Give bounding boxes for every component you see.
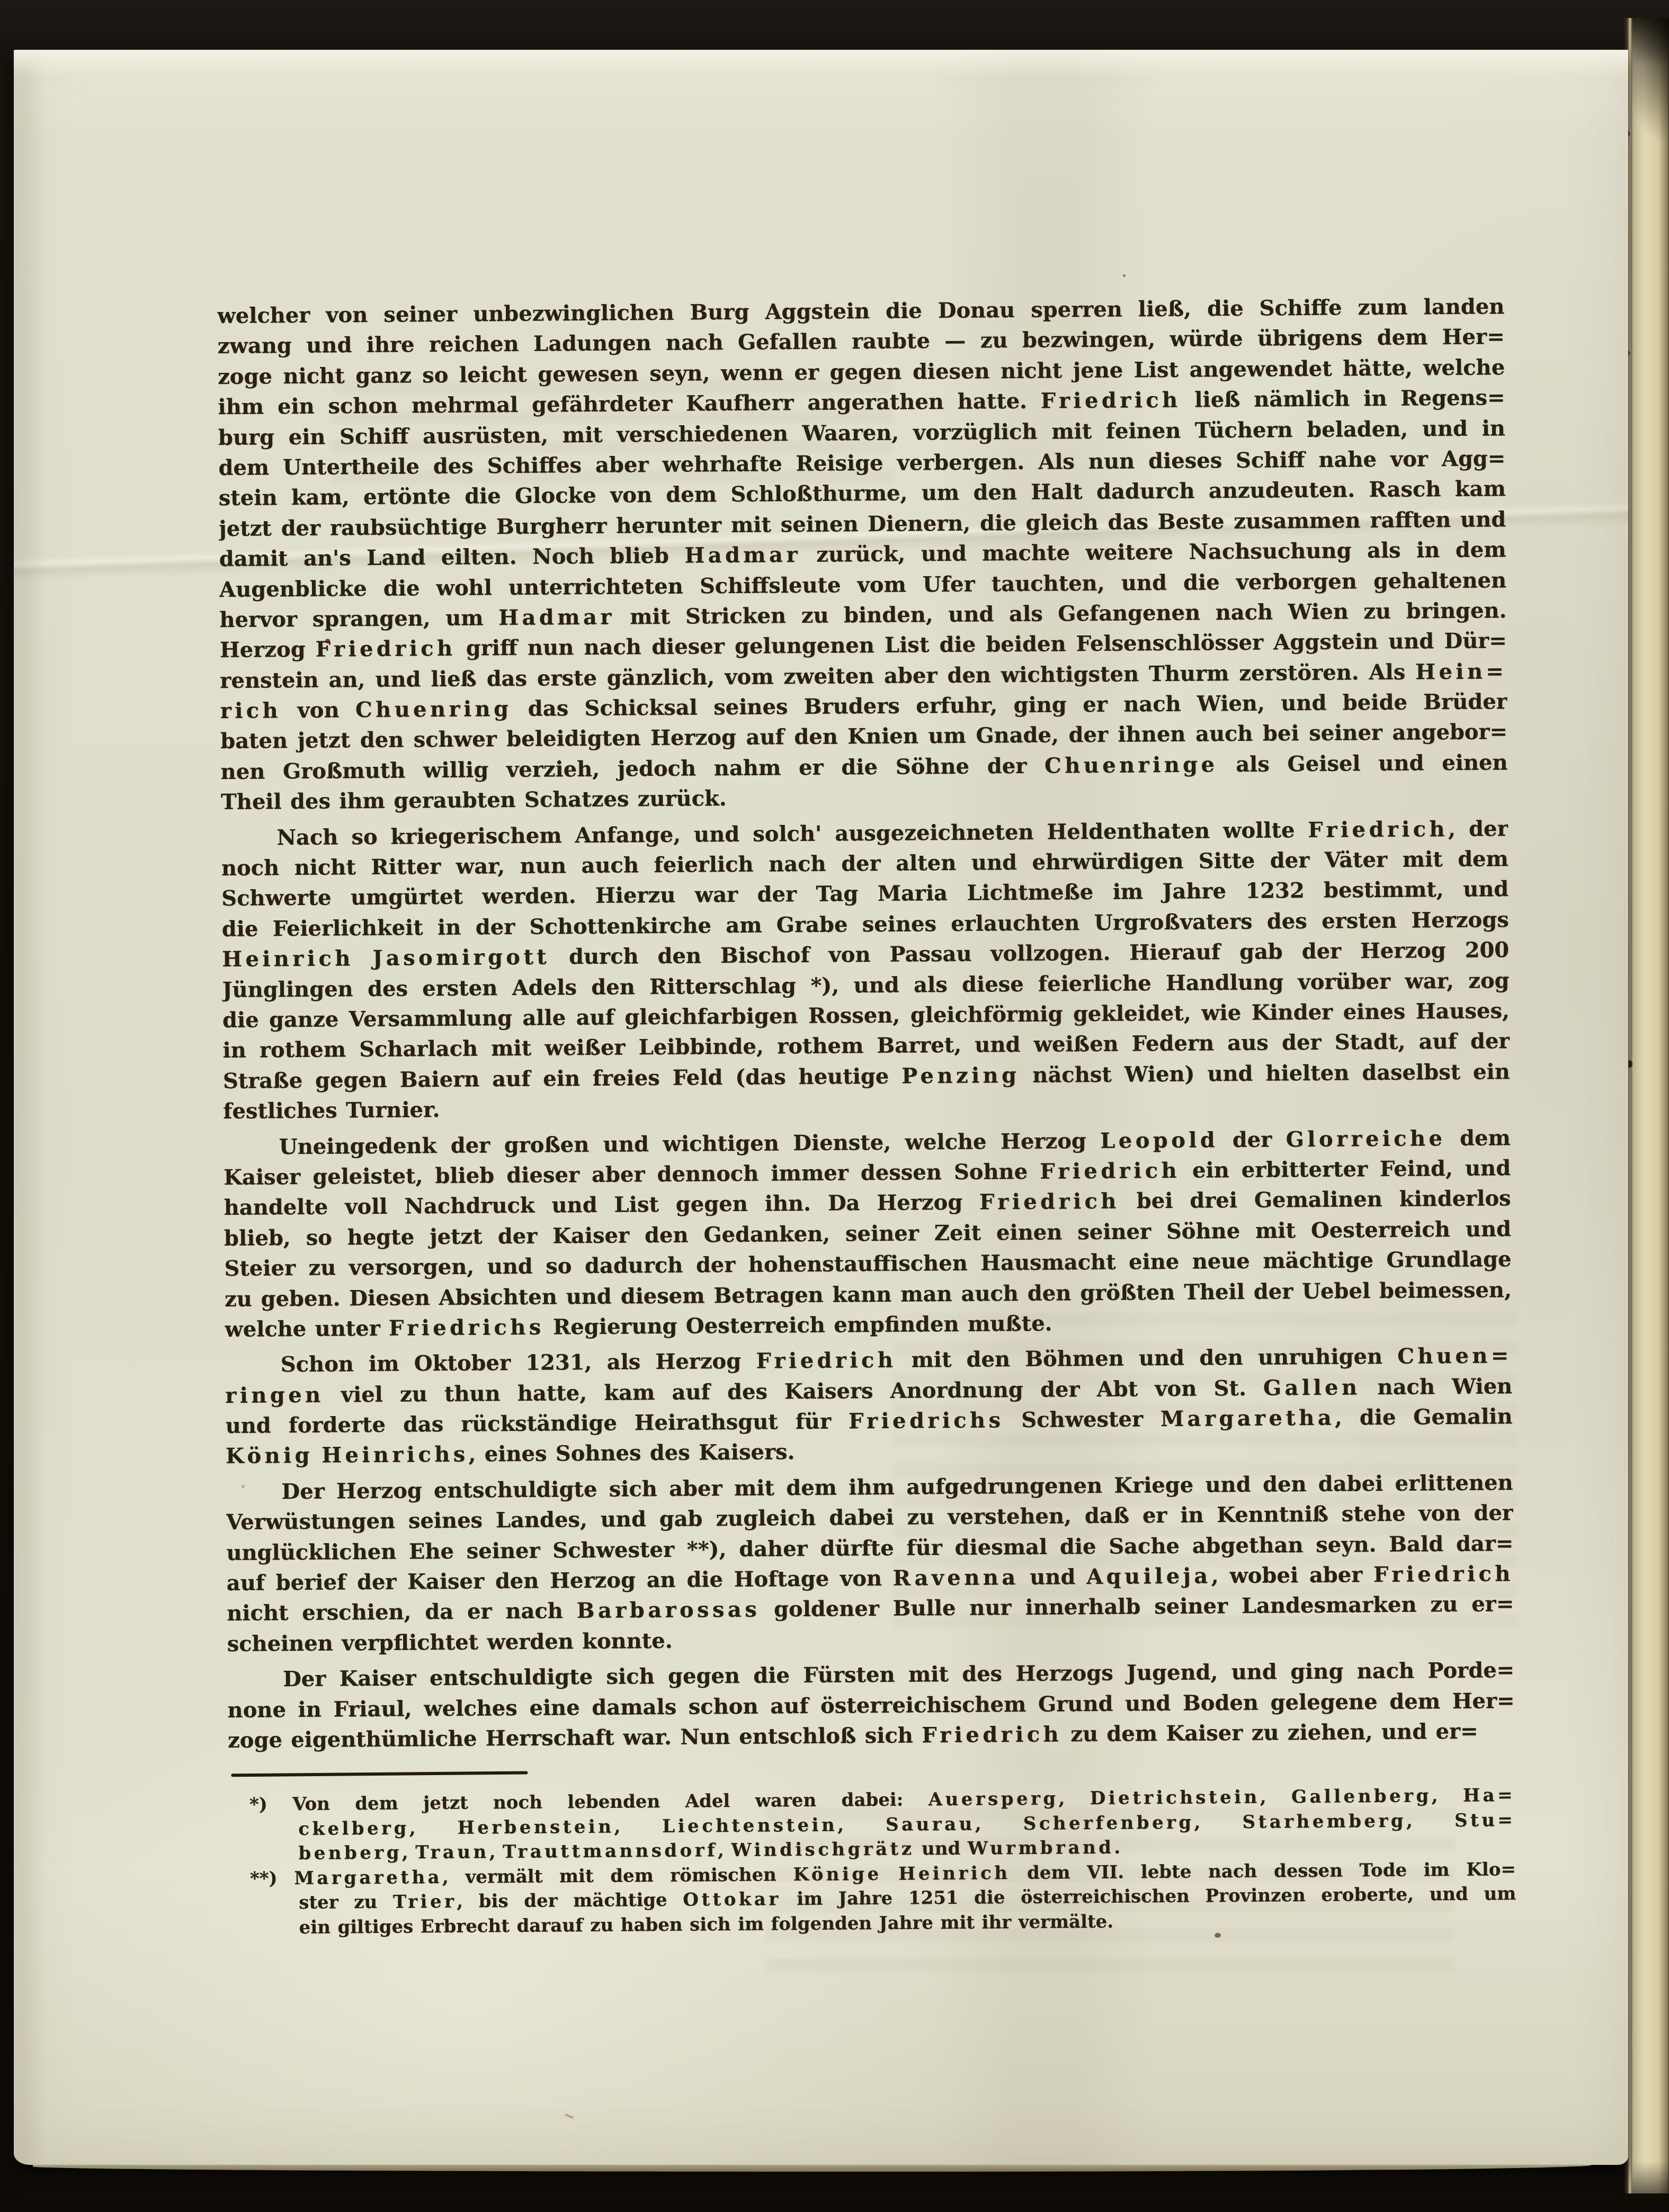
spaced-name: Aquileja (1086, 1563, 1211, 1589)
spaced-name: Liechtenstein (662, 1814, 837, 1837)
paper-stain (1123, 274, 1126, 277)
spaced-name: Jasomirgott (372, 945, 550, 971)
adjacent-page-edge (1631, 18, 1669, 2193)
content: welcher von seiner unbezwinglichen Burg … (217, 291, 1516, 1940)
spaced-name: König (226, 1443, 313, 1468)
spaced-name: Auersperg (928, 1788, 1058, 1811)
paragraph: Schon im Oktober 1231, als Herzog Friedr… (225, 1340, 1513, 1471)
spaced-name: Friedrichs (389, 1314, 545, 1340)
spaced-name: Windischgrätz (731, 1839, 914, 1861)
spaced-name: Friedrich (756, 1348, 896, 1374)
spaced-name: Starhemberg (1242, 1810, 1406, 1832)
spaced-name: Penzing (902, 1063, 1020, 1089)
spaced-name: Trier (393, 1891, 457, 1913)
paper-fiber (565, 2114, 574, 2119)
paper-stain (1215, 1933, 1221, 1938)
spaced-name: Margaretha (294, 1867, 442, 1889)
page: welcher von seiner unbezwinglichen Burg … (14, 50, 1628, 2165)
spaced-name: Friedrichs (849, 1408, 1004, 1434)
spaced-name: Friedrich (316, 636, 456, 662)
paragraph: welcher von seiner unbezwinglichen Burg … (217, 291, 1508, 817)
spaced-name: Ravenna (893, 1565, 1019, 1591)
spaced-name: Hein= (1415, 659, 1507, 684)
spaced-name: Friedrich (1308, 817, 1448, 843)
spaced-name: ckelberg (298, 1817, 409, 1840)
spaced-name: benberg (298, 1842, 402, 1864)
adjacent-page-shadow (1631, 18, 1669, 2193)
spaced-name: Stu= (1454, 1810, 1516, 1831)
spaced-name: Friedrich (1040, 1158, 1180, 1184)
spaced-name: Traun (415, 1842, 489, 1864)
spaced-name: Glorreiche (1286, 1126, 1445, 1152)
spaced-name: Chuenring (355, 696, 512, 722)
spaced-name: Heinrichs (322, 1442, 469, 1468)
spaced-name: Ottokar (683, 1889, 781, 1911)
spaced-name: Heinrich (222, 946, 354, 972)
spaced-name: Scherfenberg (1023, 1812, 1194, 1834)
text-block: welcher von seiner unbezwinglichen Burg … (217, 291, 1515, 1756)
spaced-name: Chuen= (1397, 1343, 1512, 1369)
spaced-name: rich (220, 698, 282, 723)
spaced-name: ringen (225, 1382, 324, 1408)
spaced-name: Leopold (1100, 1127, 1218, 1153)
paragraph: Der Herzog entschuldigte sich aber mit d… (226, 1467, 1514, 1659)
spaced-name: Hadmar (684, 542, 801, 568)
spaced-name: Gallen (1263, 1375, 1361, 1400)
spaced-name: Ha= (1463, 1785, 1515, 1806)
spaced-name: Gallenberg (1291, 1786, 1432, 1808)
paragraph: Der Kaiser entschuldigte sich gegen die … (227, 1655, 1515, 1756)
spaced-name: Saurau (886, 1813, 975, 1835)
spaced-name: Friedrich (979, 1189, 1120, 1215)
spaced-name: Herbenstein (457, 1816, 614, 1838)
book-photo: welcher von seiner unbezwinglichen Burg … (0, 0, 1669, 2212)
footnotes: *) Von dem jetzt noch lebenden Adel ware… (228, 1783, 1516, 1940)
spaced-name: Chuenringe (1045, 752, 1218, 778)
spaced-name: Friedrich (1041, 388, 1181, 414)
spaced-name: Friedrich (922, 1722, 1062, 1748)
spaced-name: Friedrich (1373, 1561, 1514, 1587)
spaced-name: Wurmbrand (967, 1837, 1114, 1859)
spaced-name: Trauttmannsdorf (503, 1840, 718, 1863)
spaced-name: Barbarossas (577, 1597, 761, 1624)
paragraph: Nach so kriegerischem Anfange, und solch… (221, 813, 1510, 1127)
paragraph: Uneingedenk der großen und wichtigen Die… (224, 1123, 1512, 1345)
spaced-name: Margaretha (1161, 1405, 1335, 1431)
spaced-name: Heinrich (898, 1862, 1010, 1885)
spaced-name: Könige (793, 1864, 881, 1885)
spaced-name: Dietrichstein (1090, 1787, 1260, 1809)
footnote-separator (231, 1771, 528, 1777)
spaced-name: Hadmar (498, 604, 615, 630)
